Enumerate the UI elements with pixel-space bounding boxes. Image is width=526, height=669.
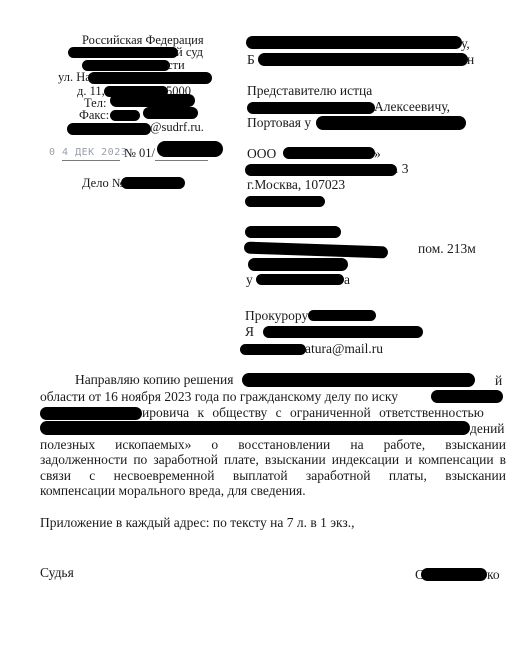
redaction [283, 147, 375, 159]
redaction [245, 196, 325, 207]
redaction [263, 326, 423, 338]
redaction [82, 60, 170, 71]
body-line-2: области от 16 ноября 2023 года по гражда… [40, 389, 398, 405]
representative-street: Портовая у [247, 115, 311, 131]
org-suffix: » [374, 146, 381, 162]
representative-title: Представителю истца [247, 83, 372, 99]
redaction [244, 241, 388, 258]
redaction [247, 102, 375, 114]
redaction [67, 123, 151, 135]
attachment-note: Приложение в каждый адрес: по тексту на … [40, 515, 355, 531]
redaction [240, 344, 306, 355]
redaction [40, 421, 470, 435]
redaction [308, 310, 376, 321]
court-name-suffix: й суд [176, 45, 203, 59]
body-line-3: ировича к обществу с ограниченной ответс… [142, 405, 484, 421]
judge-title: Судья [40, 565, 74, 581]
recipient1-line2-suffix: н [467, 52, 474, 68]
prosecutor-line2-prefix: Я [245, 324, 254, 340]
redaction [68, 47, 178, 58]
judge-name-suffix: ко [487, 567, 500, 583]
redaction [143, 107, 198, 119]
case-label: Дело № [82, 176, 124, 190]
body-line-8: компенсации морального вреда, для сведен… [40, 483, 506, 498]
outgoing-number: № 01/ [124, 146, 155, 160]
body-line-7: связи с несвоевременной выплатой заработ… [40, 468, 506, 483]
recipient1-line2-prefix: Б [247, 52, 255, 68]
prosecutor-label: Прокурору [245, 308, 308, 324]
org-address-suffix: . 3 [395, 161, 409, 177]
body-line-4-suffix: дений [470, 421, 505, 437]
redaction [121, 177, 185, 189]
redaction [246, 36, 462, 49]
redaction [88, 72, 212, 84]
redaction [157, 141, 223, 157]
body-line-1: Направляю копию решения [75, 372, 233, 388]
redaction [421, 568, 487, 581]
redaction [256, 274, 344, 285]
email-suffix: @sudrf.ru. [150, 120, 204, 134]
recipient4-line-prefix: у [246, 272, 253, 288]
redaction [245, 226, 341, 238]
body-line-1-suffix: й [495, 373, 502, 389]
representative-name-suffix: Алексеевичу, [374, 99, 450, 115]
redaction [431, 390, 503, 403]
org-prefix: ООО [247, 146, 276, 162]
redaction [316, 116, 466, 130]
redaction [110, 94, 195, 107]
date-stamp: 0 4 ДЕК 2023 [49, 147, 127, 158]
date-underline [62, 160, 120, 161]
number-underline [155, 160, 208, 161]
org-city: г.Москва, 107023 [247, 177, 345, 193]
redaction [110, 110, 140, 121]
fax-label: Факс: [79, 108, 109, 122]
body-line-6: задолженности по заработной плате, взыск… [40, 452, 506, 467]
region-suffix: сти [167, 58, 185, 72]
recipient1-line1-suffix: у, [461, 36, 470, 52]
redaction [242, 373, 475, 387]
body-line-5: полезных ископаемых» о восстановлении на… [40, 437, 506, 452]
recipient4-line-suffix: а [344, 272, 350, 288]
recipient4-address-suffix: пом. 213м [418, 241, 476, 257]
redaction [40, 407, 142, 420]
prosecutor-email: atura@mail.ru [305, 341, 383, 357]
redaction [245, 164, 397, 176]
redaction [248, 258, 348, 271]
street-prefix: ул. На [58, 70, 91, 84]
redaction [258, 53, 468, 66]
